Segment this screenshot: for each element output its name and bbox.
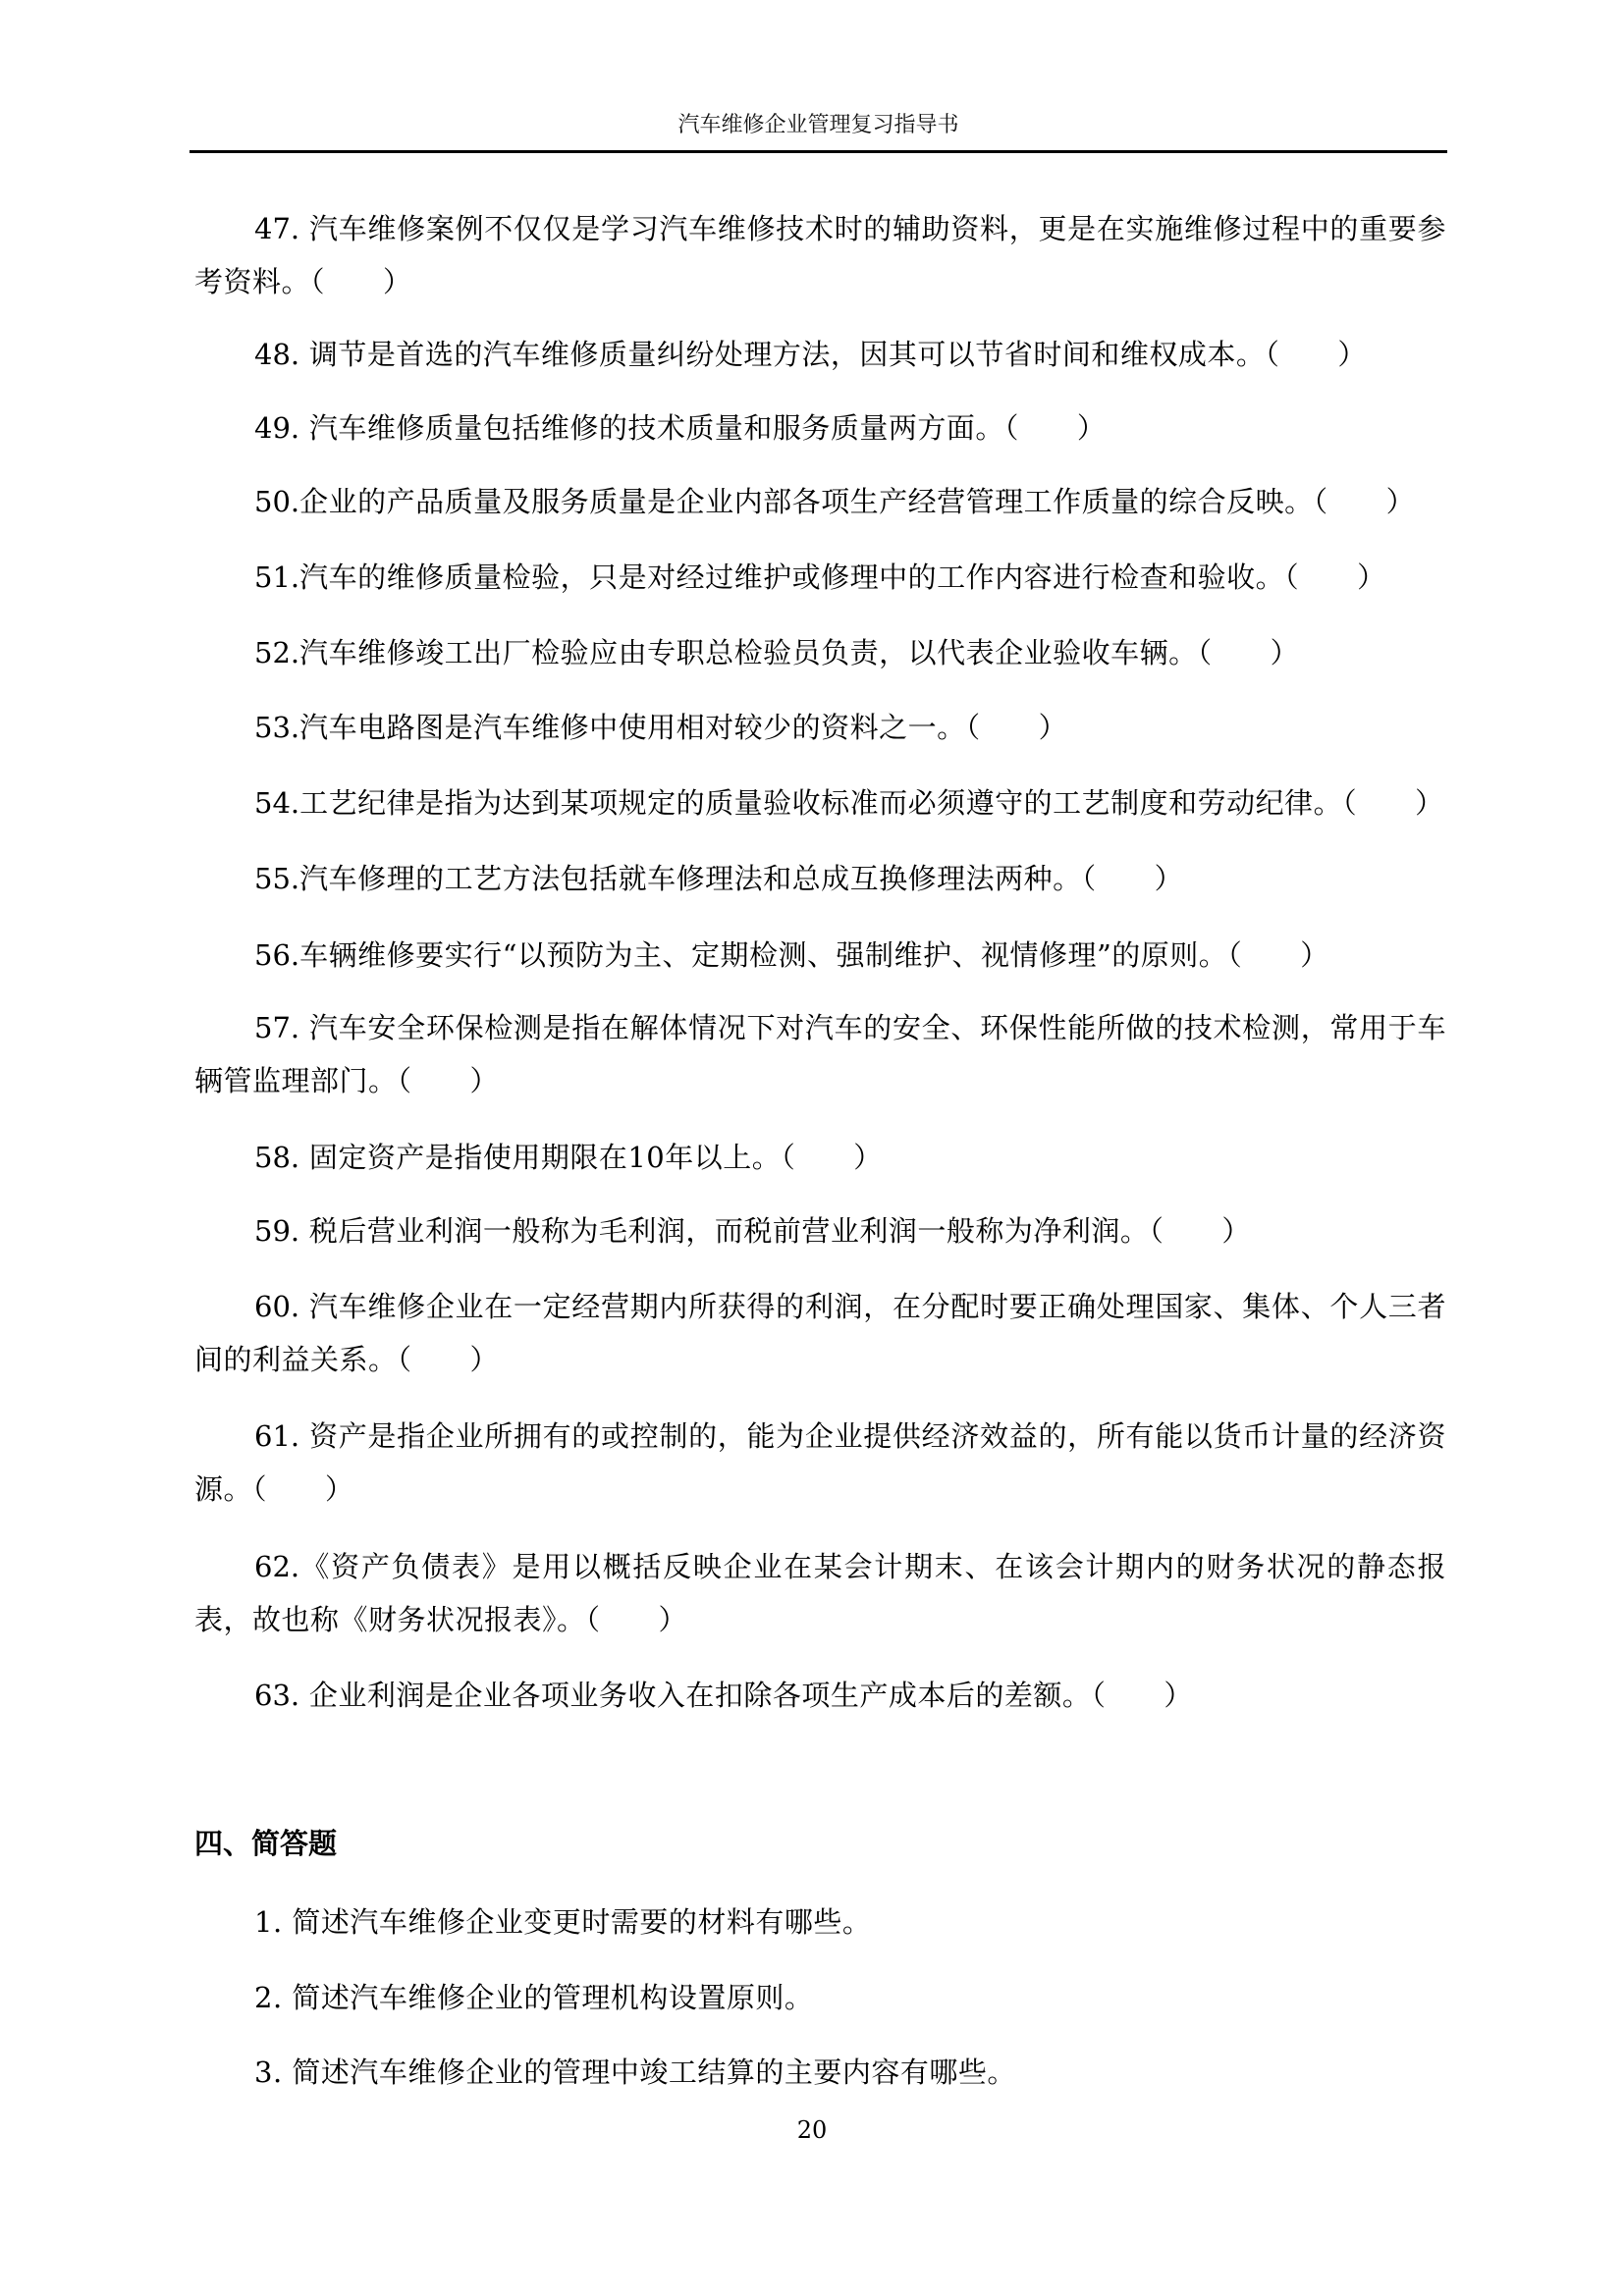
judgement-item-59: 59. 税后营业利润一般称为毛利润，而税前营业利润一般称为净利润。（ ） xyxy=(194,1204,1446,1257)
item-number: 47. xyxy=(254,212,299,245)
item-text: 《资产负债表》是用以概括反映企业在某会计期末、在该会计期内的财务状况的静态报表，… xyxy=(194,1550,1446,1636)
question-text: 简述汽车维修企业变更时需要的材料有哪些。 xyxy=(283,1905,872,1939)
item-number: 48. xyxy=(254,338,299,371)
judgement-item-49: 49. 汽车维修质量包括维修的技术质量和服务质量两方面。（ ） xyxy=(194,401,1446,454)
judgement-item-60: 60. 汽车维修企业在一定经营期内所获得的利润，在分配时要正确处理国家、集体、个… xyxy=(194,1280,1446,1386)
item-text: 汽车维修案例不仅仅是学习汽车维修技术时的辅助资料，更是在实施维修过程中的重要参考… xyxy=(194,212,1446,298)
item-text: 调节是首选的汽车维修质量纠纷处理方法，因其可以节省时间和维权成本。（ ） xyxy=(299,338,1367,371)
item-number: 61. xyxy=(254,1419,299,1453)
judgement-item-53: 53.汽车电路图是汽车维修中使用相对较少的资料之一。（ ） xyxy=(194,701,1446,754)
item-number: 51. xyxy=(254,561,299,594)
item-text: 汽车的维修质量检验，只是对经过维护或修理中的工作内容进行检查和验收。（ ） xyxy=(299,561,1386,594)
item-text: 汽车安全环保检测是指在解体情况下对汽车的安全、环保性能所做的技术检测，常用于车辆… xyxy=(194,1011,1446,1097)
judgement-item-61: 61. 资产是指企业所拥有的或控制的，能为企业提供经济效益的，所有能以货币计量的… xyxy=(194,1410,1446,1516)
page-number: 20 xyxy=(0,2114,1624,2146)
item-number: 50. xyxy=(254,485,299,518)
item-number: 53. xyxy=(254,711,299,744)
page-header-title: 汽车维修企业管理复习指导书 xyxy=(189,110,1447,141)
section-heading-short-answer: 四、简答题 xyxy=(194,1824,337,1863)
item-number: 54. xyxy=(254,786,299,820)
judgement-item-58: 58. 固定资产是指使用期限在10年以上。（ ） xyxy=(194,1131,1446,1184)
judgement-item-54: 54.工艺纪律是指为达到某项规定的质量验收标准而必须遵守的工艺制度和劳动纪律。（… xyxy=(194,776,1446,829)
item-text: 汽车电路图是汽车维修中使用相对较少的资料之一。（ ） xyxy=(299,711,1067,744)
judgement-item-62: 62.《资产负债表》是用以概括反映企业在某会计期末、在该会计期内的财务状况的静态… xyxy=(194,1540,1446,1646)
judgement-item-50: 50.企业的产品质量及服务质量是企业内部各项生产经营管理工作质量的综合反映。（ … xyxy=(194,475,1446,528)
item-text: 固定资产是指使用期限在10年以上。（ ） xyxy=(299,1141,883,1174)
item-text: 汽车修理的工艺方法包括就车修理法和总成互换修理法两种。（ ） xyxy=(299,862,1183,895)
item-text: 汽车维修竣工出厂检验应由专职总检验员负责，以代表企业验收车辆。（ ） xyxy=(299,636,1299,669)
judgement-item-55: 55.汽车修理的工艺方法包括就车修理法和总成互换修理法两种。（ ） xyxy=(194,852,1446,905)
question-number: 1. xyxy=(254,1905,283,1939)
item-number: 63. xyxy=(254,1679,299,1712)
item-number: 62. xyxy=(254,1550,299,1583)
judgement-item-57: 57. 汽车安全环保检测是指在解体情况下对汽车的安全、环保性能所做的技术检测，常… xyxy=(194,1001,1446,1107)
question-number: 2. xyxy=(254,1981,283,2014)
short-answer-question-1: 1. 简述汽车维修企业变更时需要的材料有哪些。 xyxy=(194,1902,1446,1942)
short-answer-question-2: 2. 简述汽车维修企业的管理机构设置原则。 xyxy=(194,1978,1446,2017)
judgement-item-56: 56.车辆维修要实行“以预防为主、定期检测、强制维护、视情修理”的原则。（ ） xyxy=(194,929,1446,982)
item-text: 车辆维修要实行“以预防为主、定期检测、强制维护、视情修理”的原则。（ ） xyxy=(299,938,1329,972)
header-rule xyxy=(189,150,1447,153)
item-number: 49. xyxy=(254,411,299,445)
item-number: 56. xyxy=(254,938,299,972)
item-text: 资产是指企业所拥有的或控制的，能为企业提供经济效益的，所有能以货币计量的经济资源… xyxy=(194,1419,1446,1506)
item-number: 58. xyxy=(254,1141,299,1174)
judgement-item-47: 47. 汽车维修案例不仅仅是学习汽车维修技术时的辅助资料，更是在实施维修过程中的… xyxy=(194,202,1446,308)
question-number: 3. xyxy=(254,2056,283,2089)
item-text: 汽车维修企业在一定经营期内所获得的利润，在分配时要正确处理国家、集体、个人三者间… xyxy=(194,1290,1446,1376)
item-text: 汽车维修质量包括维修的技术质量和服务质量两方面。（ ） xyxy=(299,411,1106,445)
item-number: 57. xyxy=(254,1011,299,1044)
question-text: 简述汽车维修企业的管理机构设置原则。 xyxy=(283,1981,814,2014)
judgement-item-48: 48. 调节是首选的汽车维修质量纠纷处理方法，因其可以节省时间和维权成本。（ ） xyxy=(194,328,1446,381)
question-text: 简述汽车维修企业的管理中竣工结算的主要内容有哪些。 xyxy=(283,2056,1016,2089)
item-text: 企业的产品质量及服务质量是企业内部各项生产经营管理工作质量的综合反映。（ ） xyxy=(299,485,1415,518)
item-number: 59. xyxy=(254,1214,299,1248)
item-number: 60. xyxy=(254,1290,299,1323)
item-number: 55. xyxy=(254,862,299,895)
judgement-item-52: 52.汽车维修竣工出厂检验应由专职总检验员负责，以代表企业验收车辆。（ ） xyxy=(194,626,1446,679)
short-answer-question-3: 3. 简述汽车维修企业的管理中竣工结算的主要内容有哪些。 xyxy=(194,2053,1446,2092)
item-number: 52. xyxy=(254,636,299,669)
item-text: 税后营业利润一般称为毛利润，而税前营业利润一般称为净利润。（ ） xyxy=(299,1214,1251,1248)
judgement-item-51: 51.汽车的维修质量检验，只是对经过维护或修理中的工作内容进行检查和验收。（ ） xyxy=(194,551,1446,604)
judgement-item-63: 63. 企业利润是企业各项业务收入在扣除各项生产成本后的差额。（ ） xyxy=(194,1669,1446,1722)
item-text: 企业利润是企业各项业务收入在扣除各项生产成本后的差额。（ ） xyxy=(299,1679,1193,1712)
item-text: 工艺纪律是指为达到某项规定的质量验收标准而必须遵守的工艺制度和劳动纪律。（ ） xyxy=(299,786,1444,820)
